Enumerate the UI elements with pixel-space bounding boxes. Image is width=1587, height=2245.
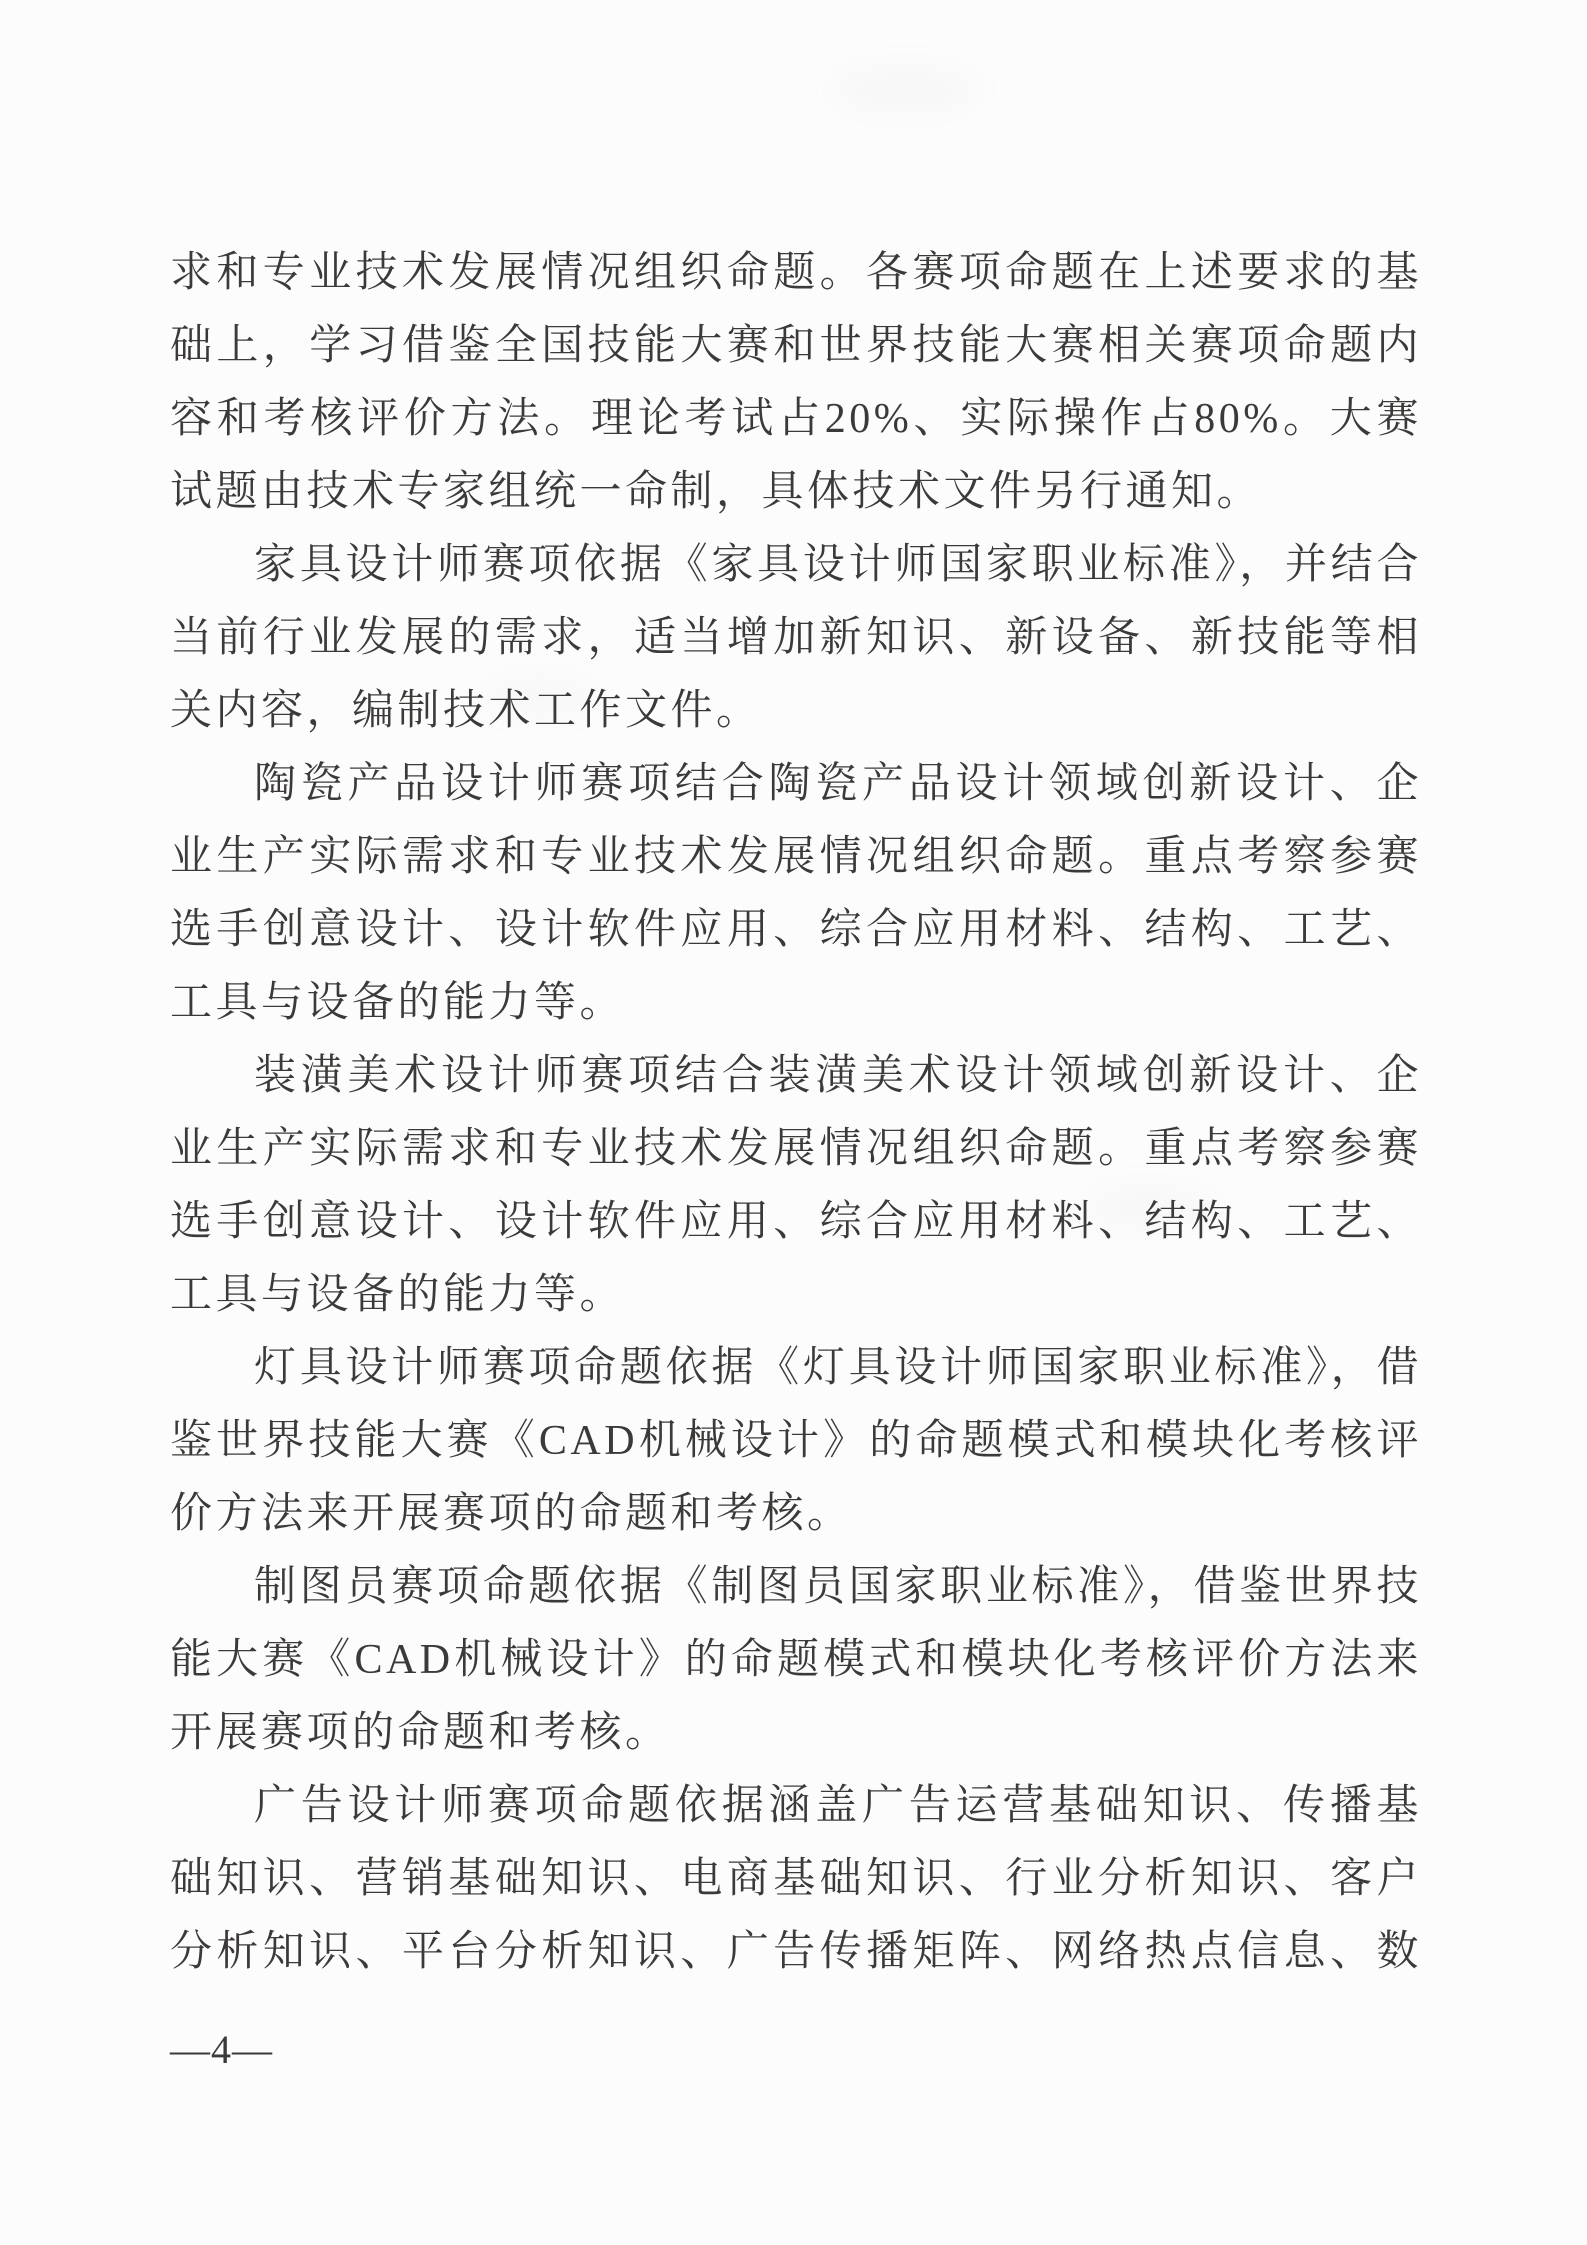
paragraph: 陶瓷产品设计师赛项结合陶瓷产品设计领域创新设计、企业生产实际需求和专业技术发展情… (170, 748, 1422, 1040)
page-number: —4— (170, 2022, 273, 2078)
paragraph: 装潢美术设计师赛项结合装潢美术设计领域创新设计、企业生产实际需求和专业技术发展情… (170, 1040, 1422, 1332)
body-text: 求和专业技术发展情况组织命题。各赛项命题在上述要求的基础上，学习借鉴全国技能大赛… (170, 237, 1422, 1989)
paragraph: 制图员赛项命题依据《制图员国家职业标准》，借鉴世界技能大赛《CAD机械设计》的命… (170, 1551, 1422, 1770)
scan-artifact (830, 70, 980, 110)
document-page: 求和专业技术发展情况组织命题。各赛项命题在上述要求的基础上，学习借鉴全国技能大赛… (0, 0, 1587, 2245)
paragraph: 广告设计师赛项命题依据涵盖广告运营基础知识、传播基础知识、营销基础知识、电商基础… (170, 1770, 1422, 1989)
paragraph: 灯具设计师赛项命题依据《灯具设计师国家职业标准》，借鉴世界技能大赛《CAD机械设… (170, 1332, 1422, 1551)
paragraph: 求和专业技术发展情况组织命题。各赛项命题在上述要求的基础上，学习借鉴全国技能大赛… (170, 237, 1422, 529)
paragraph: 家具设计师赛项依据《家具设计师国家职业标准》，并结合当前行业发展的需求，适当增加… (170, 529, 1422, 748)
